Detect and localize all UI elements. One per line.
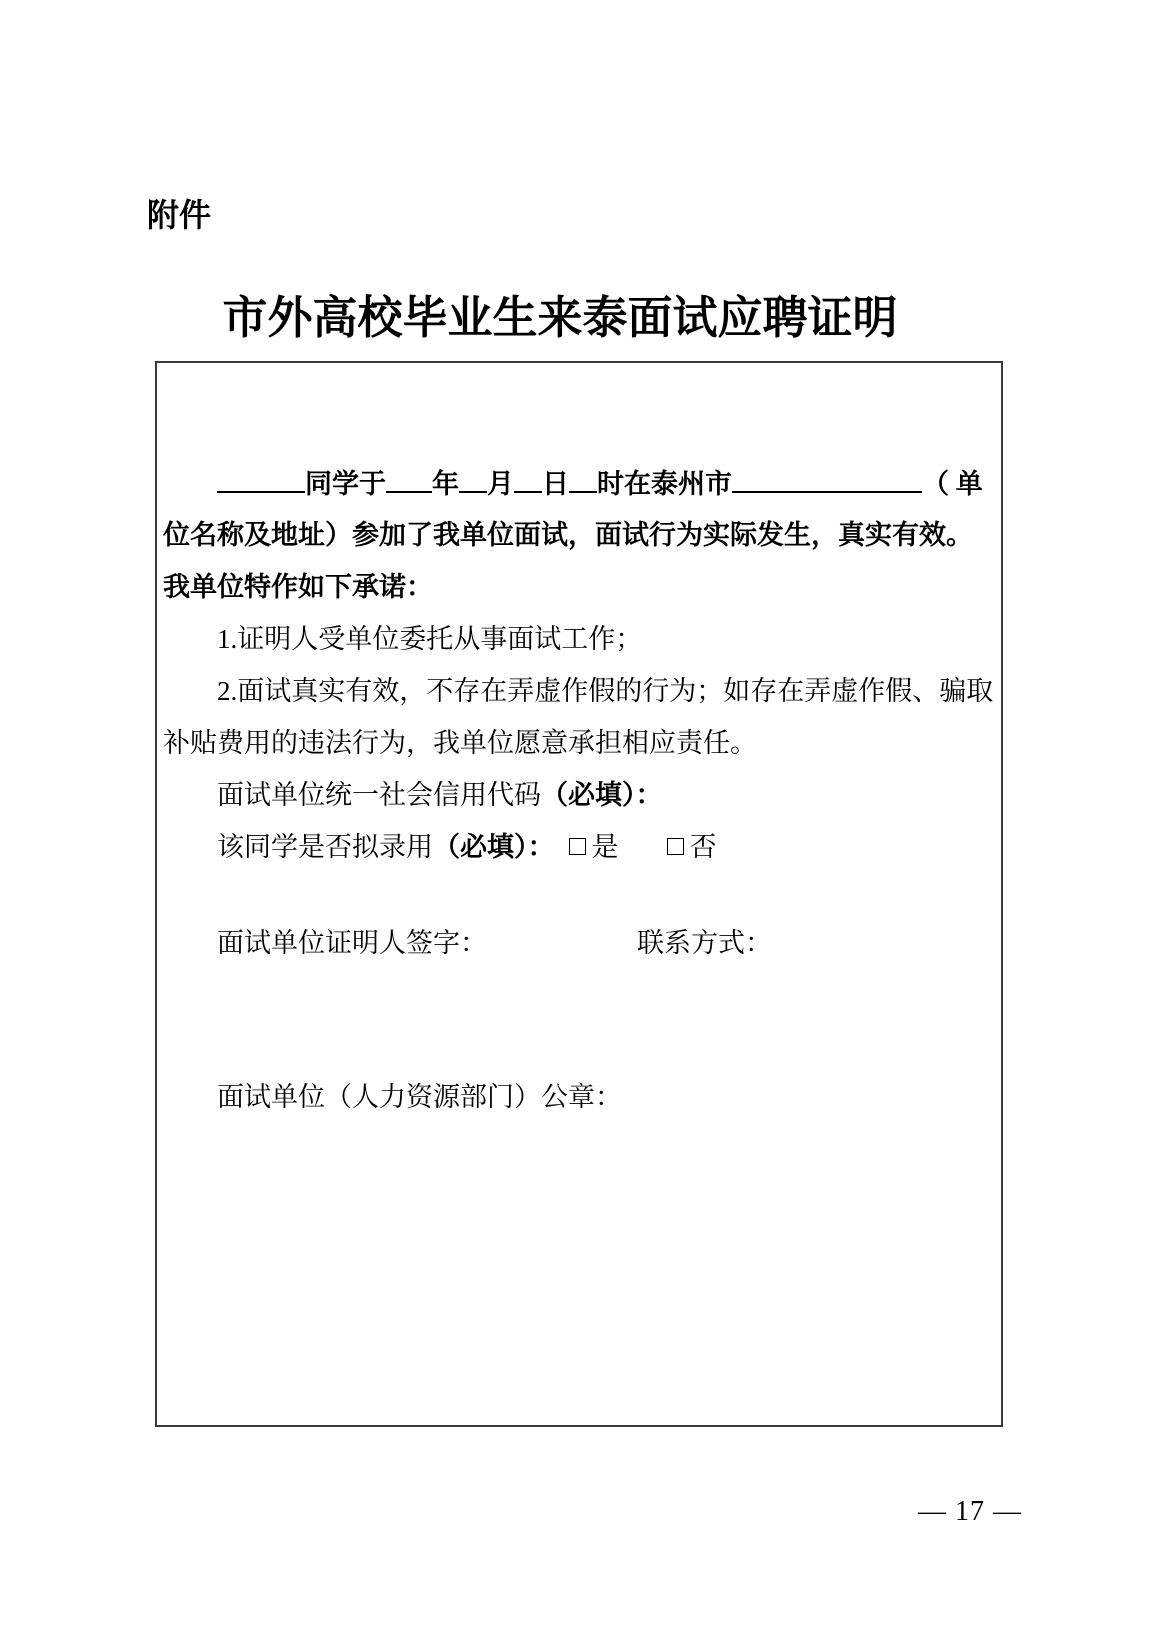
intro-seg-time-city: 时在泰州市 bbox=[597, 469, 732, 499]
commitment-item-1: 1.证明人受单位委托从事面试工作； bbox=[163, 619, 995, 659]
hire-question-label: 该同学是否拟录用 bbox=[217, 832, 433, 862]
commitment-item-2-line-2: 补贴费用的违法行为，我单位愿意承担相应责任。 bbox=[163, 723, 995, 763]
signature-label: 面试单位证明人签字： bbox=[217, 928, 487, 958]
hire-colon: ： bbox=[528, 832, 555, 862]
day-blank[interactable] bbox=[514, 463, 542, 493]
intro-seg-month: 月 bbox=[487, 469, 514, 499]
commitment-item-2-line-1: 2.面试真实有效，不存在弄虚作假的行为；如存在弄虚作假、骗取 bbox=[163, 671, 995, 711]
checkbox-yes[interactable] bbox=[569, 838, 586, 855]
unit-name-blank[interactable] bbox=[732, 463, 922, 493]
year-blank[interactable] bbox=[386, 463, 432, 493]
credit-code-colon: ： bbox=[636, 780, 663, 810]
intro-seg-paren-unit: （ 单 bbox=[922, 469, 983, 499]
credit-code-required-tag: （必填） bbox=[541, 780, 636, 810]
document-title: 市外高校毕业生来泰面试应聘证明 bbox=[0, 292, 1120, 344]
seal-line: 面试单位（人力资源部门）公章： bbox=[163, 1077, 995, 1117]
intro-seg-student: 同学于 bbox=[305, 469, 386, 499]
certificate-form-box: 同学于年月日时在泰州市（ 单 位名称及地址）参加了我单位面试，面试行为实际发生，… bbox=[155, 361, 1003, 1427]
intro-seg-day: 日 bbox=[542, 469, 569, 499]
month-blank[interactable] bbox=[459, 463, 487, 493]
signature-line: 面试单位证明人签字：联系方式： bbox=[163, 923, 995, 963]
contact-label: 联系方式： bbox=[637, 928, 772, 958]
time-blank[interactable] bbox=[569, 463, 597, 493]
student-name-blank[interactable] bbox=[217, 463, 305, 493]
option-no-label: 否 bbox=[690, 832, 717, 862]
attachment-label: 附件 bbox=[147, 196, 211, 234]
credit-code-line: 面试单位统一社会信用代码（必填）： bbox=[163, 775, 995, 815]
option-yes-label: 是 bbox=[592, 832, 619, 862]
intro-seg-year: 年 bbox=[432, 469, 459, 499]
intro-line-1: 同学于年月日时在泰州市（ 单 bbox=[163, 463, 995, 504]
credit-code-label: 面试单位统一社会信用代码 bbox=[217, 780, 541, 810]
checkbox-no[interactable] bbox=[667, 838, 684, 855]
intro-line-3: 我单位特作如下承诺： bbox=[163, 567, 995, 607]
intro-line-2: 位名称及地址）参加了我单位面试，面试行为实际发生，真实有效。 bbox=[163, 515, 995, 555]
hire-question-line: 该同学是否拟录用（必填）：是否 bbox=[163, 827, 995, 867]
hire-required-tag: （必填） bbox=[433, 832, 528, 862]
page-number: — 17 — bbox=[918, 1496, 1022, 1528]
